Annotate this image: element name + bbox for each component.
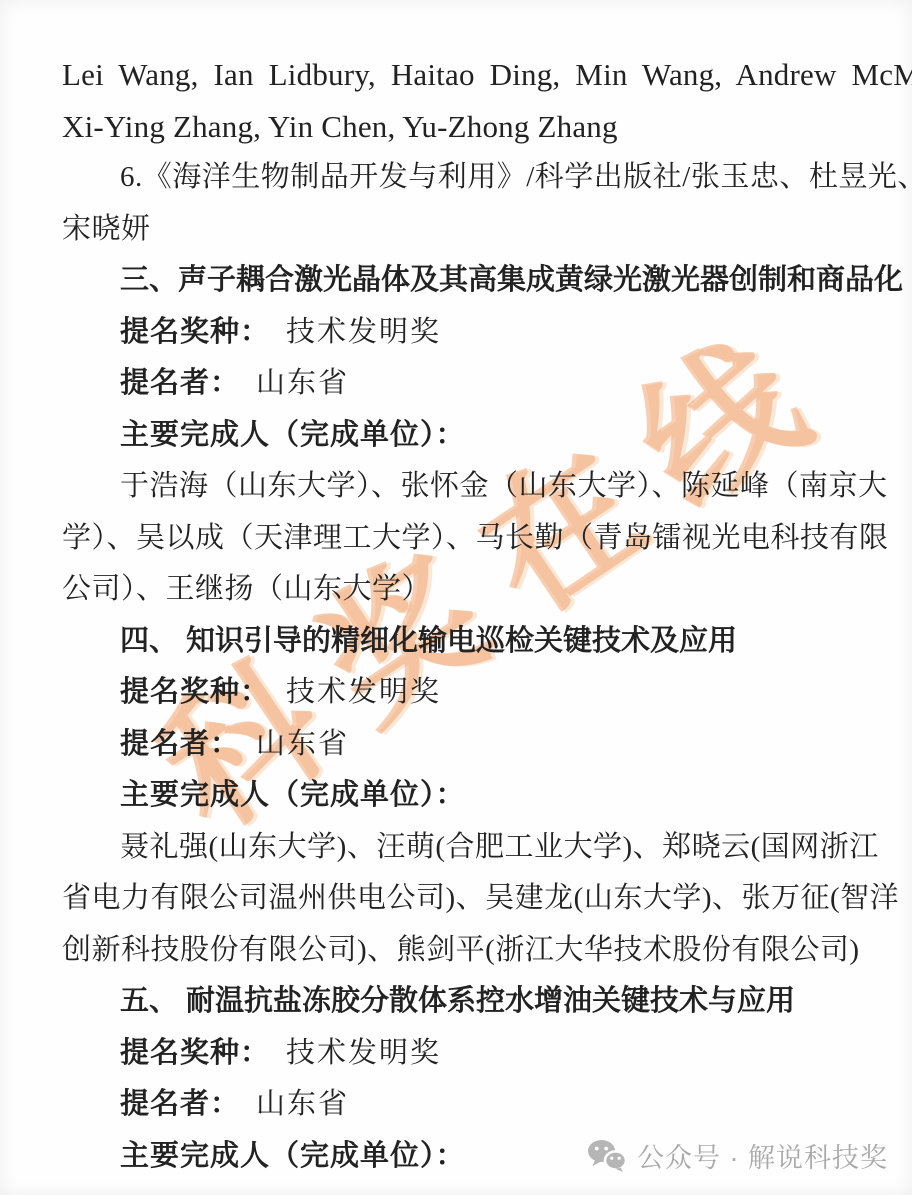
book-item-line-2: 宋晓妍 bbox=[62, 204, 902, 256]
section-3-completers-line-2: 学）、吴以成（天津理工大学）、马长勤（青岛镭视光电科技有限 bbox=[62, 513, 902, 565]
nominator-value: 山东省 bbox=[256, 367, 349, 399]
section-5-title: 五、 耐温抗盐冻胶分散体系控水增油关键技术与应用 bbox=[62, 976, 902, 1028]
section-4-completers-line-1: 聂礼强(山东大学)、汪萌(合肥工业大学)、郑晓云(国网浙江 bbox=[62, 822, 902, 874]
award-type-value: 技术发明奖 bbox=[286, 1037, 441, 1069]
section-3-title: 三、声子耦合激光晶体及其高集成黄绿光激光器创制和商品化 bbox=[62, 255, 902, 307]
award-type-label: 提名奖种： bbox=[120, 676, 270, 708]
section-4-title: 四、 知识引导的精细化输电巡检关键技术及应用 bbox=[62, 616, 902, 668]
section-4-award-row: 提名奖种：技术发明奖 bbox=[62, 667, 902, 719]
section-4-completers-line-3: 创新科技股份有限公司)、熊剑平(浙江大华技术股份有限公司) bbox=[62, 925, 902, 977]
section-4-completers-line-2: 省电力有限公司温州供电公司)、吴建龙(山东大学)、张万征(智洋 bbox=[62, 873, 902, 925]
wechat-icon bbox=[587, 1139, 627, 1173]
wechat-footer: 公众号 · 解说科技奖 bbox=[587, 1136, 888, 1175]
section-3-nominator-row: 提名者：山东省 bbox=[62, 358, 902, 410]
section-3-award-row: 提名奖种：技术发明奖 bbox=[62, 307, 902, 359]
section-3-completers-label: 主要完成人（完成单位）： bbox=[62, 410, 902, 462]
award-type-value: 技术发明奖 bbox=[286, 676, 441, 708]
section-3-completers-line-3: 公司）、王继扬（山东大学） bbox=[62, 564, 902, 616]
author-line-1: Lei Wang, Ian Lidbury, Haitao Ding, Min … bbox=[62, 49, 902, 101]
nominator-label: 提名者： bbox=[120, 728, 240, 760]
section-4-nominator-row: 提名者：山东省 bbox=[62, 719, 902, 771]
nominator-label: 提名者： bbox=[120, 367, 240, 399]
nominator-label: 提名者： bbox=[120, 1088, 240, 1120]
section-5-nominator-row: 提名者：山东省 bbox=[62, 1079, 902, 1131]
award-type-label: 提名奖种： bbox=[120, 316, 270, 348]
section-5-award-row: 提名奖种：技术发明奖 bbox=[62, 1028, 902, 1080]
document-page: 科奖在线 Lei Wang, Ian Lidbury, Haitao Ding,… bbox=[0, 0, 912, 1195]
award-type-value: 技术发明奖 bbox=[286, 316, 441, 348]
book-item-line-1: 6.《海洋生物制品开发与利用》/科学出版社/张玉忠、杜昱光、 bbox=[62, 152, 902, 204]
document-content: Lei Wang, Ian Lidbury, Haitao Ding, Min … bbox=[0, 0, 912, 1182]
section-4-completers-label: 主要完成人（完成单位）： bbox=[62, 770, 902, 822]
nominator-value: 山东省 bbox=[256, 728, 349, 760]
nominator-value: 山东省 bbox=[256, 1088, 349, 1120]
wechat-account-label: 公众号 · 解说科技奖 bbox=[637, 1136, 888, 1175]
award-type-label: 提名奖种： bbox=[120, 1037, 270, 1069]
section-3-completers-line-1: 于浩海（山东大学）、张怀金（山东大学）、陈延峰（南京大 bbox=[62, 461, 902, 513]
author-line-2: Xi-Ying Zhang, Yin Chen, Yu-Zhong Zhang bbox=[62, 101, 902, 153]
